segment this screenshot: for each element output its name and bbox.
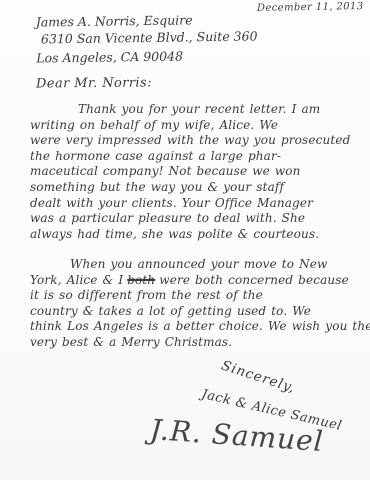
letter-line: When you announced your move to New	[30, 257, 366, 273]
letter-line: writing on behalf of my wife, Alice. We	[30, 118, 366, 134]
letter-line: always had time, she was polite & courte…	[30, 227, 366, 243]
line-segment: were both concerned because	[159, 273, 349, 287]
letter-line: very best & a Merry Christmas.	[30, 335, 366, 351]
letter-line: it is so different from the rest of the	[30, 288, 366, 304]
letter-line: were very impressed with the way you pro…	[30, 133, 366, 149]
letter-line: the hormone case against a large phar-	[30, 149, 366, 165]
letter-date: December 11, 2013	[257, 1, 364, 14]
letter-line: was a particular pleasure to deal with. …	[30, 211, 366, 227]
letter-line: country & takes a lot of getting used to…	[30, 304, 366, 320]
struck-word: both	[127, 273, 155, 289]
line-segment: York, Alice & I	[30, 273, 123, 287]
recipient-city: Los Angeles, CA 90048	[36, 44, 258, 66]
letter-line: think Los Angeles is a better choice. We…	[30, 319, 366, 335]
letter-line: maceutical company! Not because we won	[30, 164, 366, 180]
letter-line: Thank you for your recent letter. I am	[30, 102, 366, 118]
valediction: Sincerely,	[219, 358, 297, 397]
letter-line: dealt with your clients. Your Office Man…	[30, 196, 366, 212]
salutation: Dear Mr. Norris:	[36, 75, 152, 91]
letter-line-with-strikethrough: York, Alice & Ibothwere both concerned b…	[30, 273, 366, 289]
letter-line: something but the way you & your staff	[30, 180, 366, 196]
handwritten-letter-scan: December 11, 2013 James A. Norris, Esqui…	[0, 0, 370, 480]
recipient-street: 6310 San Vicente Blvd., Suite 360	[36, 27, 258, 47]
recipient-address-block: James A. Norris, Esquire 6310 San Vicent…	[36, 10, 258, 66]
paragraph-1: Thank you for your recent letter. I am w…	[30, 102, 366, 242]
paragraph-2: When you announced your move to New York…	[30, 257, 366, 351]
